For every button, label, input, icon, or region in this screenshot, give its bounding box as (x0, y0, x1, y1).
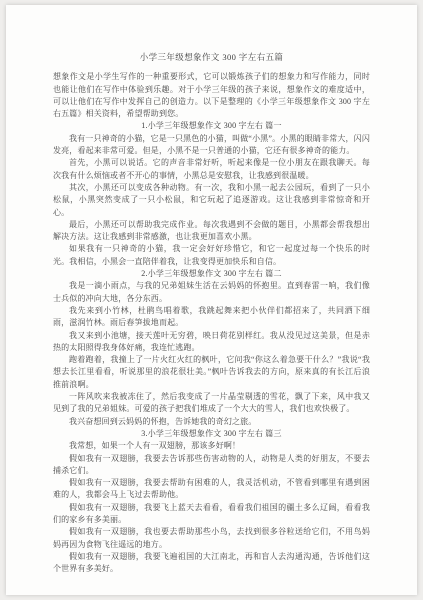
intro-paragraph: 想象作文是小学生写作的一种重要形式，它可以锻炼孩子们的想象力和写作能力，同时也能… (53, 71, 370, 120)
essay-paragraph: 我是一滴小雨点，与我的兄弟姐妹生活在云妈妈的怀抱里。直到春雷一响，我们像士兵似的… (53, 280, 370, 305)
essay-paragraph: 最后，小黑还可以帮助我完成作业。每次我遇到不会做的题目，小黑都会帮我想出解决方法… (53, 219, 370, 244)
essay-paragraph: 一阵风吹来我被冻住了，然后我变成了一片晶莹剔透的雪花，飘了下来，风中我又见到了我… (53, 391, 370, 416)
essay-paragraph: 假如我有一双翅膀，我也要去帮助那些小鸟，去找到很多谷粒送给它们，不用鸟妈妈再因为… (53, 526, 370, 551)
essay-paragraph: 我兴奋想回到云妈妈的怀抱，告诉她我的奇幻之旅。 (53, 416, 370, 428)
essay-paragraph: 我常想，如果一个人有一双翅膀，那该多好啊！ (53, 440, 370, 452)
essay-paragraph: 假如我有一双翅膀，我要去告诉那些伤害动物的人，动物是人类的好朋友，不要去捕杀它们… (53, 453, 370, 478)
essay-paragraph: 假如我有一双翅膀，我要飞遍祖国的大江南北，再和盲人去沟通沟通，告诉他们这个世界有… (53, 551, 370, 576)
document-title: 小学三年级想象作文 300 字左右五篇 (53, 51, 370, 63)
essay-paragraph: 我有一只神奇的小猫，它是一只黑色的小猫，叫做“小黑”。小黑的眼睛非常大，闪闪发亮… (53, 133, 370, 158)
document-preview: 小学三年级想象作文 300 字左右五篇 想象作文是小学生写作的一种重要形式，它可… (0, 0, 423, 600)
section-heading-2: 2.小学三年级想象作文 300 字左右 篇二 (53, 268, 370, 280)
section-heading-1: 1.小学三年级想象作文 300 字左右 篇一 (53, 120, 370, 132)
document-page: 小学三年级想象作文 300 字左右五篇 想象作文是小学生写作的一种重要形式，它可… (6, 5, 417, 595)
essay-paragraph: 首先，小黑可以说话。它的声音非常好听，听起来像是一位小朋友在跟我聊天。每次我有什… (53, 157, 370, 182)
essay-paragraph: 我先来到小竹林，杜鹃鸟唱着歌，我跳起舞来把小伙伴们都招来了，共同洒下细雨，滋润竹… (53, 305, 370, 330)
essay-paragraph: 跑着跑着，我撞上了一片火红火红的枫叶，它问我“你这么着急要干什么？”我说“我想去… (53, 354, 370, 391)
essay-paragraph: 假如我有一双翅膀，我要去帮助有困难的人，我灵活机动，不管看到哪里有遇到困难的人，… (53, 477, 370, 502)
essay-paragraph: 其次，小黑还可以变成各种动物。有一次，我和小黑一起去公园玩，看到了一只小松鼠，小… (53, 182, 370, 219)
essay-paragraph: 我又来到小池塘，接天莲叶无穷碧，映日荷花别样红。我从没见过这美景，但是赤热的太阳… (53, 330, 370, 355)
section-heading-3: 3.小学三年级想象作文 300 字左右 篇三 (53, 428, 370, 440)
essay-paragraph: 如果我有一只神奇的小猫，我一定会好好珍惜它，和它一起度过每一个快乐的时光。我相信… (53, 243, 370, 268)
essay-paragraph: 假如我有一双翅膀，我要飞上蓝天去看看，看看我们祖国的疆土多么辽阔，看看我们的家乡… (53, 502, 370, 527)
